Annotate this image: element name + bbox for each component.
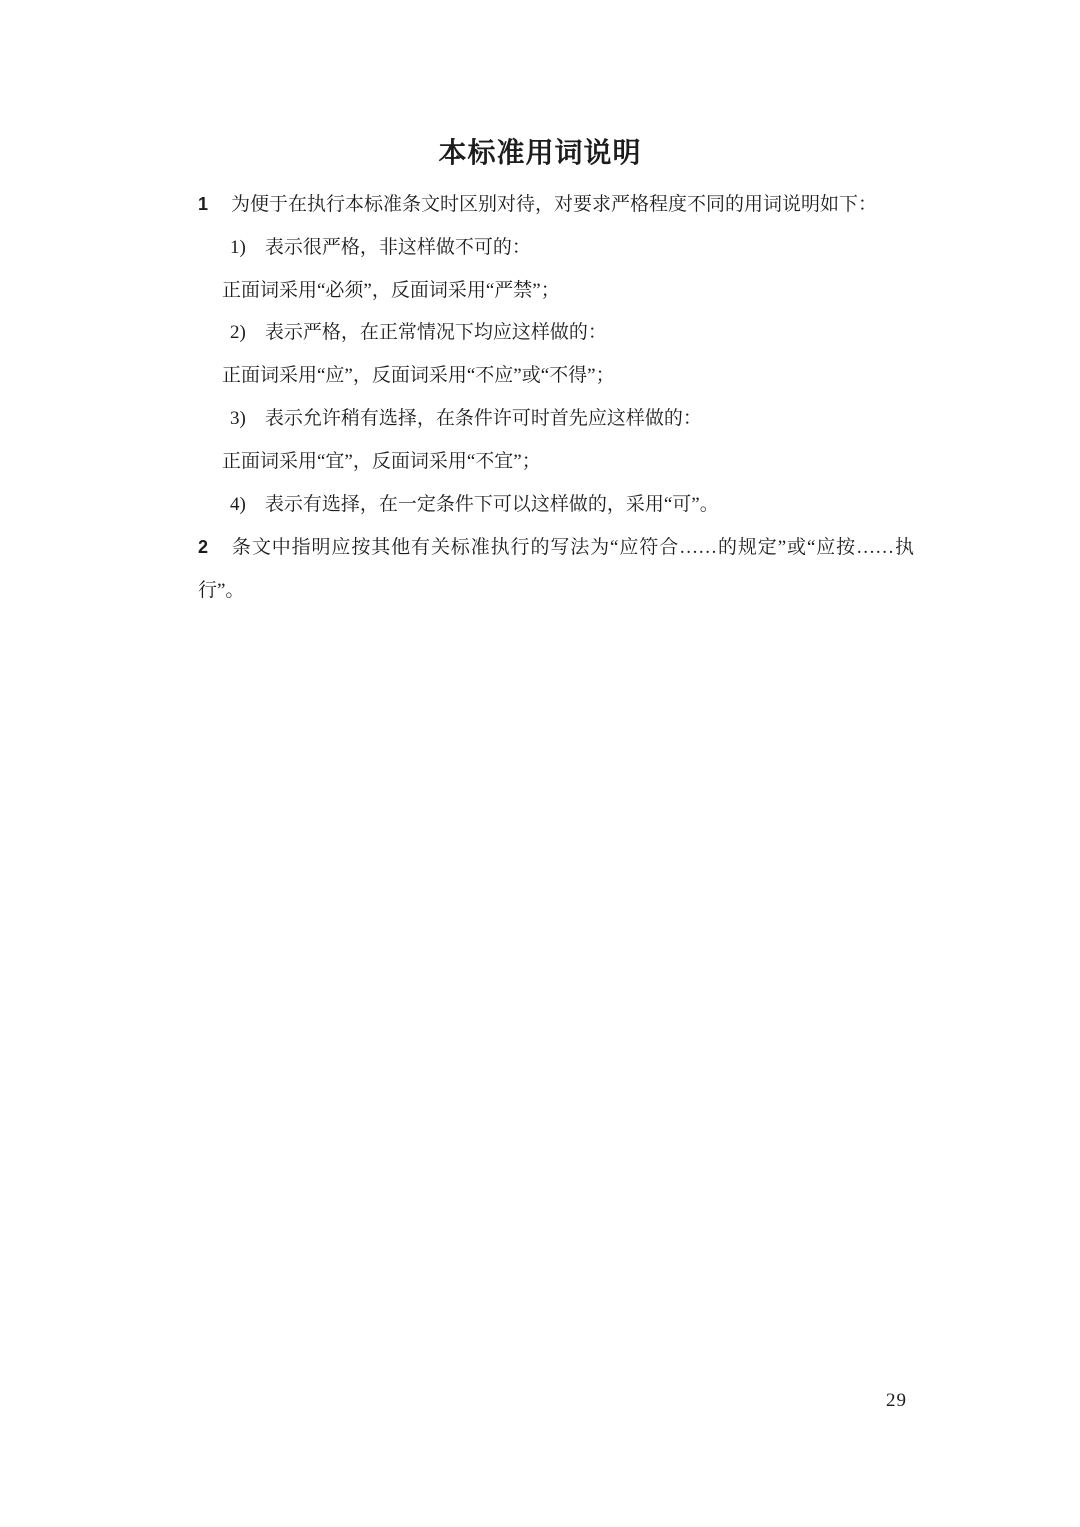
document-page: 本标准用词说明 1为便于在执行本标准条文时区别对待，对要求严格程度不同的用词说明… xyxy=(0,0,1080,1527)
item-2-marker: 2) xyxy=(230,312,246,355)
item-4-marker: 4) xyxy=(230,484,246,527)
item-4-text: 表示有选择，在一定条件下可以这样做的，采用“可”。 xyxy=(265,494,719,515)
document-body: 1为便于在执行本标准条文时区别对待，对要求严格程度不同的用词说明如下： 1)表示… xyxy=(198,183,914,613)
clause-1-number: 1 xyxy=(198,183,208,226)
item-3-marker: 3) xyxy=(230,398,246,441)
clause-1-item-4: 4)表示有选择，在一定条件下可以这样做的，采用“可”。 xyxy=(198,484,914,527)
clause-2-number: 2 xyxy=(198,526,208,569)
clause-1: 1为便于在执行本标准条文时区别对待，对要求严格程度不同的用词说明如下： xyxy=(198,183,914,227)
item-2-text: 表示严格，在正常情况下均应这样做的： xyxy=(265,322,607,343)
item-3-text: 表示允许稍有选择，在条件许可时首先应这样做的： xyxy=(265,408,702,429)
item-3-usage: 正面词采用“宜”，反面词采用“不宜”； xyxy=(198,441,914,484)
clause-1-text: 为便于在执行本标准条文时区别对待，对要求严格程度不同的用词说明如下： xyxy=(231,194,877,215)
clause-2: 2条文中指明应按其他有关标准执行的写法为“应符合……的规定”或“应按……执行”。 xyxy=(198,526,914,613)
item-1-text: 表示很严格，非这样做不可的： xyxy=(265,237,531,258)
clause-1-item-1: 1)表示很严格，非这样做不可的： xyxy=(198,227,914,270)
clause-1-item-3: 3)表示允许稍有选择，在条件许可时首先应这样做的： xyxy=(198,398,914,441)
clause-1-item-2: 2)表示严格，在正常情况下均应这样做的： xyxy=(198,312,914,355)
item-1-usage: 正面词采用“必须”，反面词采用“严禁”； xyxy=(198,270,914,313)
clause-2-text: 条文中指明应按其他有关标准执行的写法为“应符合……的规定”或“应按……执行”。 xyxy=(198,537,914,601)
item-2-usage: 正面词采用“应”，反面词采用“不应”或“不得”； xyxy=(198,355,914,398)
item-1-marker: 1) xyxy=(230,227,246,270)
page-title: 本标准用词说明 xyxy=(0,131,1080,171)
page-number: 29 xyxy=(886,1390,907,1412)
